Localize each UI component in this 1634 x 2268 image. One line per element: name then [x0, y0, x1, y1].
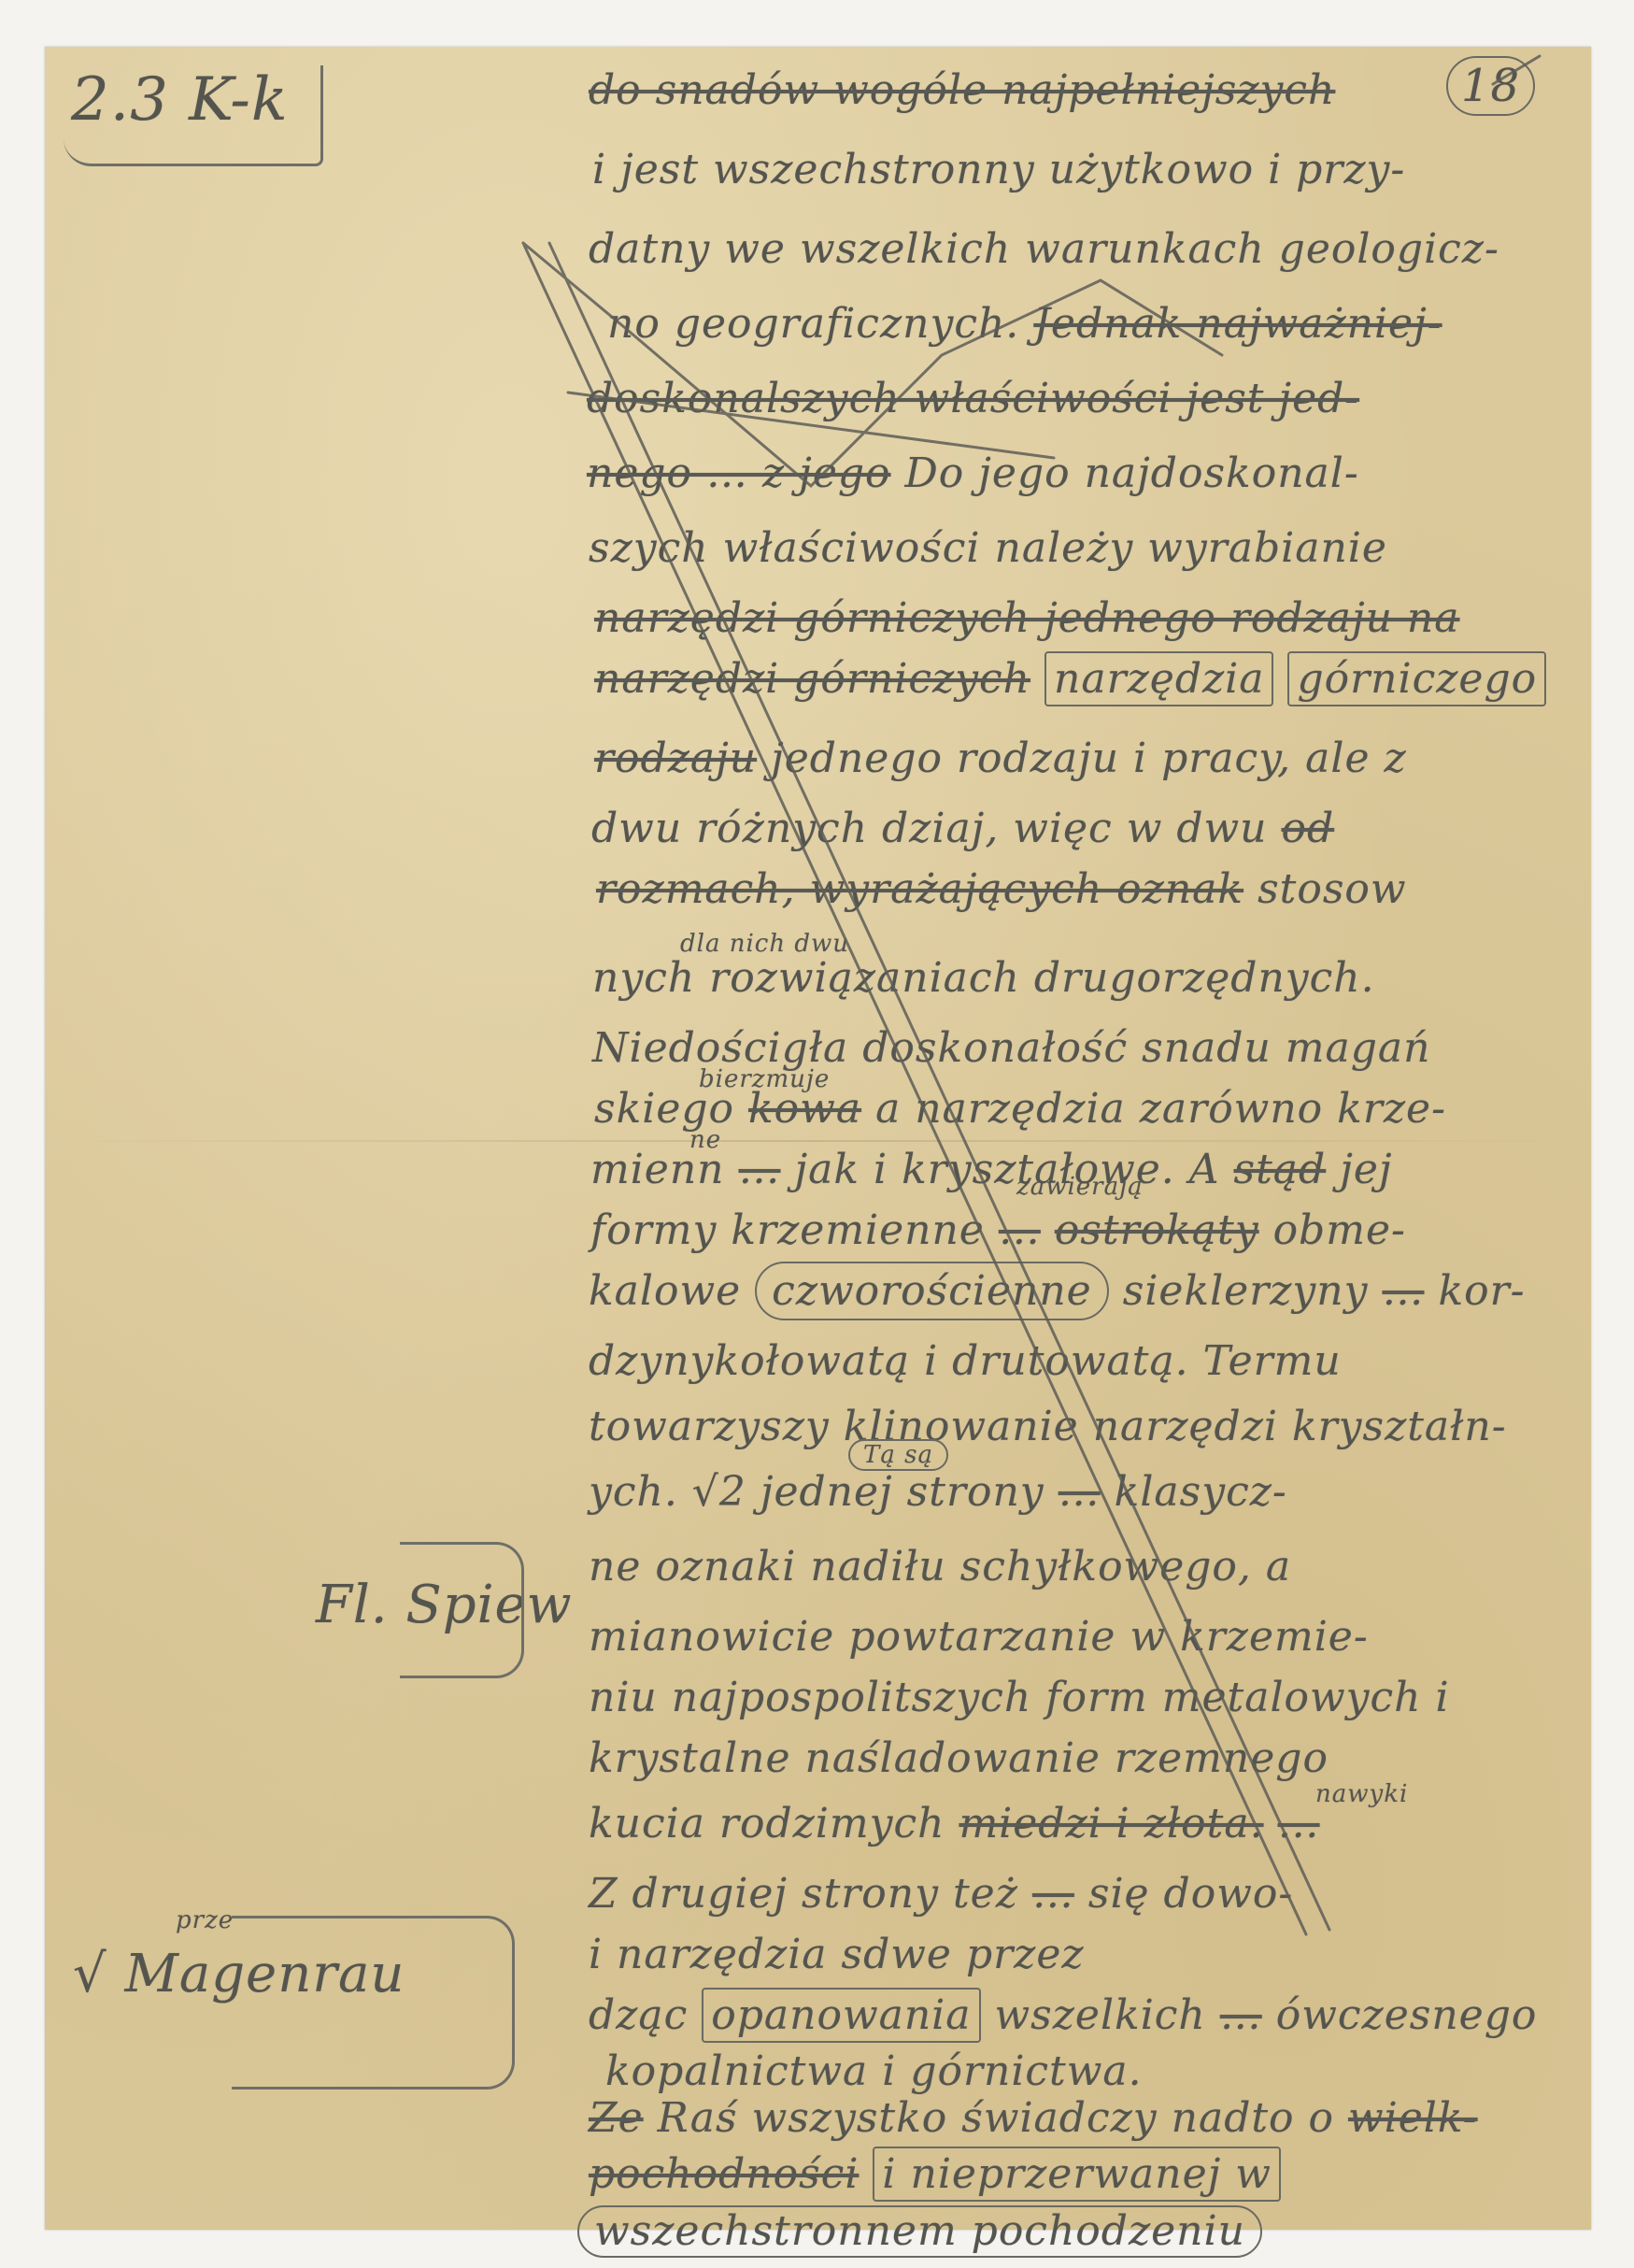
text-line-22: ne oznaki nadiłu schyłkowego, a: [589, 1547, 1291, 1588]
text-line-1: do snadów wogóle najpełniejszych: [589, 70, 1335, 111]
text-line-33: wszechstronnem pochodzeniu: [577, 2205, 1262, 2258]
text-line-12: rozmach, wyrażających oznak stosow: [596, 869, 1407, 910]
text-line-15: skiego kowa a narzędzia zarówno krze-: [594, 1089, 1446, 1130]
text-line-9: narzędzi górniczych narzędzia górniczego: [594, 659, 1546, 700]
manuscript-sheet: 2.3 K-k 18 do snadów wogóle najpełniejsz…: [45, 47, 1591, 2230]
text-line-17: formy krzemienne … ostrokąty obme-: [590, 1210, 1406, 1251]
text-line-20: towarzyszy klinowanie narzędzi kryształn…: [589, 1406, 1507, 1448]
text-line-8: narzędzi górniczych jednego rodzaju na: [594, 598, 1460, 639]
text-line-6: nego … z jego Do jego najdoskonal-: [587, 453, 1359, 494]
archive-reference-bracket: [64, 65, 323, 166]
margin-note-spiew-bracket: [400, 1542, 524, 1678]
text-line-21: ych. √2 jednej strony … klasycz-: [589, 1472, 1287, 1513]
text-line-23: mianowicie powtarzanie w krzemie-: [589, 1617, 1369, 1658]
text-line-27: Z drugiej strony też … się dowo-: [589, 1874, 1293, 1915]
insert-ta-sa: Tą są: [848, 1439, 948, 1471]
text-line-16: mienn … jak i kryształowe. A stąd jej: [590, 1149, 1393, 1191]
page-number-text: 18: [1461, 60, 1520, 112]
text-line-29: dząc opanowania wszelkich … ówczesnego: [589, 1995, 1537, 2036]
page-number: 18: [1446, 56, 1535, 116]
text-line-18: kalowe czworościenne sieklerzyny … kor-: [589, 1271, 1526, 1312]
text-line-25: krystalne naśladowanie rzemnego: [589, 1738, 1329, 1779]
margin-note-magenrau-bracket: [232, 1916, 515, 2090]
text-line-3: datny we wszelkich warunkach geologicz-: [589, 229, 1499, 270]
paper-fold: [45, 1140, 1591, 1142]
text-line-2: i jest wszechstronny użytkowo i przy-: [592, 150, 1405, 191]
text-line-31: Ze Raś wszystko świadczy nadto o wielk-: [589, 2098, 1478, 2139]
text-line-10: rodzaju jednego rodzaju i pracy, ale z: [594, 738, 1407, 779]
text-line-26: kucia rodzimych miedzi i złota. …: [589, 1804, 1320, 1845]
text-line-11: dwu różnych dziaj, więc w dwu od: [591, 808, 1334, 849]
margin-note-insert-prze: prze: [176, 1906, 234, 1934]
insert-nawyki: nawyki: [1315, 1780, 1408, 1808]
text-line-24: niu najpospolitszych form metalowych i: [589, 1677, 1450, 1719]
text-line-32: pochodności i nieprzerwanej w: [589, 2154, 1281, 2195]
text-line-13: nych rozwiązaniach drugorzędnych.: [592, 958, 1375, 999]
text-line-30: kopalnictwa i górnictwa.: [605, 2051, 1143, 2092]
text-line-14: Niedościgła doskonałość snadu magań: [592, 1028, 1430, 1069]
insert-zawierajace: zawierają: [1016, 1173, 1144, 1201]
text-line-4: no geograficznych. Jednak najważniej-: [607, 304, 1442, 345]
text-line-28: i narzędzia sdwe przez: [589, 1934, 1085, 1976]
text-line-5: doskonalszych właściwości jest jed-: [587, 378, 1359, 420]
text-line-19: dzynykołowatą i drutowatą. Termu: [589, 1341, 1342, 1382]
text-line-7: szych właściwości należy wyrabianie: [589, 528, 1387, 569]
